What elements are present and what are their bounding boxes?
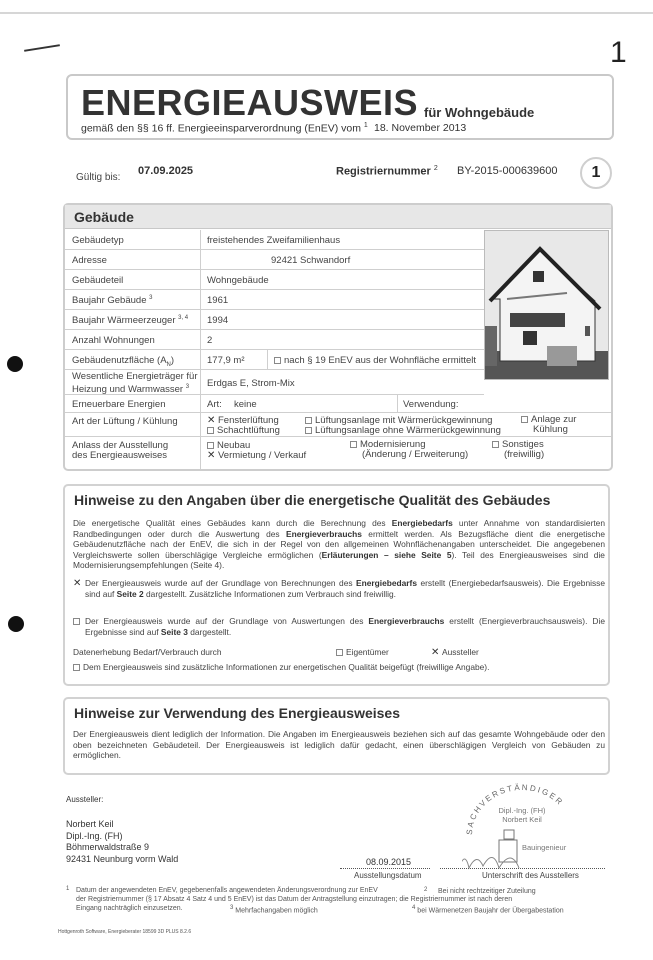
header-box: ENERGIEAUSWEIS für Wohngebäude gemäß den… — [66, 74, 614, 140]
occasion-option-other[interactable]: Sonstiges(freiwillig) — [492, 440, 544, 460]
additional-info-checkbox[interactable]: Dem Energieausweis sind zusätzliche Info… — [73, 662, 605, 673]
row-floor-area: Gebäudenutzfläche (AN) 177,9 m² nach § 1… — [65, 350, 484, 370]
signature-label: Unterschrift des Ausstellers — [482, 871, 579, 880]
footnote-1: Datum der angewendeten EnEV, gegebenenfa… — [76, 886, 378, 895]
row-heater-year: Baujahr Wärmeerzeuger 3, 4 1994 — [65, 310, 484, 330]
issuer-label: Aussteller: — [66, 794, 103, 806]
registration-number: BY-2015-000639600 — [457, 165, 558, 177]
footnote-3: 3 Mehrfachangaben möglich — [230, 904, 318, 915]
usage-notes-section: Hinweise zur Verwendung des Energieauswe… — [63, 697, 610, 775]
issue-date-label: Ausstellungsdatum — [354, 871, 422, 880]
house-photo-icon — [485, 231, 609, 380]
row-building-part: Gebäudeteil Wohngebäude — [65, 270, 484, 290]
page-number-badge: 1 — [580, 157, 612, 189]
section-title: Hinweise zu den Angaben über die energet… — [74, 492, 550, 508]
footnote-4: 4 bei Wärmenetzen Baujahr der Übergabest… — [412, 904, 564, 915]
law-date: 18. November 2013 — [374, 122, 466, 134]
footnote-1-continued: der Registriernummer (§ 17 Absatz 4 Satz… — [76, 895, 512, 904]
row-building-type: Gebäudetyp freistehendes Zweifamilienhau… — [65, 230, 484, 250]
cooling-option[interactable]: Anlage zurKühlung — [521, 415, 576, 435]
row-apartments: Anzahl Wohnungen 2 — [65, 330, 484, 350]
building-photo — [484, 230, 609, 380]
footnote-1-marker: 1 — [66, 885, 69, 896]
valid-until-value: 07.09.2025 — [138, 165, 193, 177]
signature-line — [440, 868, 605, 869]
svg-text:Bauingenieur: Bauingenieur — [522, 843, 567, 852]
document-subtitle: für Wohngebäude — [424, 105, 534, 120]
law-reference: gemäß den §§ 16 ff. Energieeinsparverord… — [81, 122, 368, 135]
building-section: Gebäude Gebäudetyp freistehendes Zweifam… — [63, 203, 613, 471]
footnote-1-end: Eingang nachträglich einzusetzen. — [76, 904, 183, 913]
document-title: ENERGIEAUSWEIS — [81, 82, 418, 124]
data-collection-owner[interactable]: Eigentümer — [336, 647, 389, 658]
section-title: Hinweise zur Verwendung des Energieauswe… — [74, 705, 400, 721]
occasion-option-modernization[interactable]: Modernisierung(Änderung / Erweiterung) — [350, 440, 468, 460]
quality-intro-text: Die energetische Qualität eines Gebäudes… — [73, 518, 605, 571]
data-collection-row: Datenerhebung Bedarf/Verbrauch durch Eig… — [73, 647, 605, 658]
row-renewables: Erneuerbare Energien Art: keine Verwendu… — [65, 395, 611, 413]
svg-text:Norbert Keil: Norbert Keil — [502, 815, 542, 824]
punch-hole — [7, 356, 23, 372]
software-credit: Hottgenroth Software, Energieberater 185… — [58, 928, 191, 937]
row-year-built: Baujahr Gebäude 3 1961 — [65, 290, 484, 310]
registration-label: Registriernummer 2 — [336, 165, 438, 178]
option-consumption-certificate[interactable]: Der Energieausweis wurde auf der Grundla… — [73, 616, 605, 637]
punch-hole — [8, 616, 24, 632]
row-energy-carriers: Wesentliche Energieträger fürHeizung und… — [65, 370, 484, 395]
page-marker: 1 — [610, 36, 627, 70]
ventilation-option-without-recovery[interactable]: Lüftungsanlage ohne Wärmerückgewinnung — [305, 425, 501, 436]
date-line — [340, 868, 430, 869]
building-section-header: Gebäude — [65, 205, 611, 229]
issuer-address: Norbert Keil Dipl.-Ing. (FH) Böhmerwalds… — [66, 819, 178, 865]
occasion-option-rent-sale[interactable]: ✕Vermietung / Verkauf — [207, 450, 306, 461]
quality-notes-section: Hinweise zu den Angaben über die energet… — [63, 484, 610, 686]
row-address: Adresse 92421 Schwandorf — [65, 250, 484, 270]
option-demand-certificate[interactable]: ✕Der Energieausweis wurde auf der Grundl… — [73, 578, 605, 599]
ventilation-option-shaft[interactable]: Schachtlüftung — [207, 425, 280, 436]
svg-text:Dipl.-Ing. (FH): Dipl.-Ing. (FH) — [498, 806, 546, 815]
pen-mark — [24, 44, 60, 52]
usage-notes-text: Der Energieausweis dient lediglich der I… — [73, 729, 605, 761]
row-ventilation: Art der Lüftung / Kühlung ✕Fensterlüftun… — [65, 413, 611, 437]
top-divider — [0, 12, 653, 14]
issue-date: 08.09.2015 — [366, 857, 411, 869]
row-occasion: Anlass der Ausstellungdes Energieausweis… — [65, 437, 611, 469]
data-collection-issuer[interactable]: ✕Aussteller — [431, 647, 479, 658]
valid-until-label: Gültig bis: — [76, 172, 120, 183]
section-title: Gebäude — [74, 209, 134, 225]
area-method-checkbox[interactable]: nach § 19 EnEV aus der Wohnfläche ermitt… — [274, 355, 476, 366]
